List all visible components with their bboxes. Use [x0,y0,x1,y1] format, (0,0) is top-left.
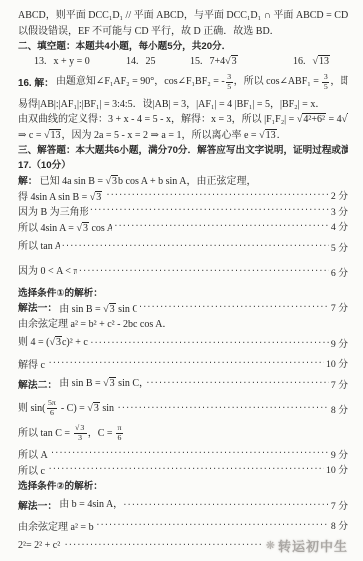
dot-leader: ········································… [65,540,263,551]
dot-leader: ········································… [106,190,328,201]
doc-line: 所以 c = 2．·······························… [18,462,348,478]
dot-leader: ········································… [90,338,328,349]
watermark-logo-icon: ❋ [266,539,276,552]
doc-line: 得 4sin A sin B = √3 sin B cos A + sin B … [18,188,348,204]
line-prefix: 解法一： [18,498,57,512]
line-text: 由 sin B = √3 sin C，又因为 A = π6，所以 B = 5π6… [59,374,144,393]
sqrt-expression: √3 [225,55,238,67]
dot-leader: ········································… [49,464,324,475]
doc-line: 所以 tan A = √33，·························… [18,234,348,259]
sqrt-expression: √13 [342,113,348,125]
dot-leader: ········································… [79,266,329,277]
line-text: 解得 c = 2． [18,356,47,371]
answer-item: 14.25 [126,56,190,67]
line-text: 二、填空题：本题共4小题，每小题5分，共20分． [18,38,231,52]
score-label: 2 分 [331,188,348,202]
sqrt-expression: √13 [259,129,277,141]
line-prefix: 解： [18,173,38,187]
doc-line: 由余弦定理 a² = b² + c² - 2bc cos A． [18,315,348,331]
doc-line: 以假设错误，EF 不可能与 CD 平行，故 D 正确．故选 BD． [18,22,348,38]
doc-line: 因为 0 < A < π，所以 A = π6··················… [18,259,348,284]
doc-line: 所以 A = C，·······························… [18,446,348,462]
watermark: ❋转运初中生 [266,536,348,555]
dot-leader: ········································… [90,205,329,216]
line-text: 则 4 = (√3c)² + c² - 2·√3c·c·(√32)， [18,333,88,352]
dot-leader: ········································… [146,378,329,389]
doc-line: 解得 c = 2．·······························… [18,356,348,372]
answer-number: 16. [293,56,306,67]
answer-number: 14. [126,56,139,67]
watermark-text: 转运初中生 [278,536,348,555]
fraction: 5π6 [47,399,58,418]
score-label: 6 分 [331,265,348,279]
score-label: 5 分 [331,240,348,254]
answer-number: 15. [190,56,203,67]
doc-line: 解：已知 4a sin B = √3b cos A + b sin A，由正弦定… [18,172,348,188]
dot-leader: ········································… [123,500,328,511]
line-text: 因为 0 < A < π，所以 A = π6 [18,262,77,281]
line-text: 所以 A = C， [18,446,49,461]
answer-value: x + y = 0 [54,56,90,67]
score-label: 8 分 [331,518,348,532]
line-text: 以假设错误，EF 不可能与 CD 平行，故 D 正确．故选 BD． [18,22,280,37]
document-page: ABCD，则平面 DCC₁D₁ // 平面 ABCD，与平面 DCC₁D₁ ∩ … [0,0,363,561]
line-text: ⇒ c = √13，因为 2a = 5 - x = 2 ⇒ a = 1，所以离心… [18,126,287,141]
line-text: 由 sin B = √3 sin C 及正弦定理，可得 b = √3c， [59,300,137,315]
answer-value: √13 [313,56,331,67]
score-label: 3 分 [331,204,348,218]
line-prefix: 16. 解： [18,75,54,89]
line-prefix: 解法一： [18,300,57,314]
line-text: 由 b = 4sin A，可得 b = 4sinπ6 = 2． [59,495,121,514]
line-text: 易得|AB|:|AF₁|:|BF₁| = 3:4:5．设|AB| = 3，|AF… [18,95,325,110]
line-text: 因为 B 为三角形内角，sin B ≠ 0， [18,203,88,218]
answer-item: 15.7+4√3 [190,56,293,67]
score-label: 9 分 [331,447,348,461]
line-text: 所以 4sin A = √3 cos A + sin A，即 3sin A = … [18,219,112,234]
sqrt-expression: √3 [49,336,62,348]
dot-leader: ········································… [49,358,324,369]
answer-value: 25 [146,56,156,67]
sqrt-expression: √3 [75,424,85,432]
answers-row: 13.x + y = 014.2515.7+4√316.√13 [18,53,348,70]
score-label: 7 分 [331,498,348,512]
doc-line: 选择条件②的解析： [18,477,348,493]
line-text: 选择条件②的解析： [18,478,103,492]
line-text: 已知 4a sin B = √3b cos A + b sin A，由正弦定理， [40,172,257,187]
dot-leader: ········································… [62,241,329,252]
line-text: 2²= 2² + c² - 2×2×c×cosπ6， [18,536,63,555]
line-text: 选择条件①的解析： [18,285,103,299]
doc-line: ABCD，则平面 DCC₁D₁ // 平面 ABCD，与平面 DCC₁D₁ ∩ … [18,6,348,22]
doc-line: 所以 4sin A = √3 cos A + sin A，即 3sin A = … [18,219,348,235]
lines-container: ABCD，则平面 DCC₁D₁ // 平面 ABCD，与平面 DCC₁D₁ ∩ … [18,6,348,558]
doc-line: 所以 tan C = √33，C = π6 [18,421,348,446]
line-text: 所以 tan A = √33， [18,237,60,256]
line-text: 由余弦定理 a² = b² + c² - 2bc cos A． [18,315,172,330]
answer-item: 13.x + y = 0 [34,56,126,67]
doc-line: ⇒ c = √13，因为 2a = 5 - x = 2 ⇒ a = 1，所以离心… [18,126,348,142]
answer-number: 13. [34,56,47,67]
dot-leader: ········································… [139,302,329,313]
sqrt-expression: √13 [44,129,62,141]
sqrt-expression: √3 [103,303,116,315]
doc-line: 因为 B 为三角形内角，sin B ≠ 0，··················… [18,203,348,219]
sqrt-expression: √3 [76,222,89,234]
sqrt-expression: √3 [87,402,100,414]
answer-value: 7+4√3 [210,56,238,67]
score-label: 10 分 [326,356,348,370]
score-label: 10 分 [326,462,348,476]
doc-line: 由双曲线的定义得：3 + x - 4 = 5 - x，解得：x = 3，所以 |… [18,110,348,126]
doc-line: 解法一：由 b = 4sin A，可得 b = 4sinπ6 = 2．·····… [18,493,348,518]
sqrt-expression: √3 [103,377,116,389]
score-label: 7 分 [331,377,348,391]
line-text: 三、解答题：本大题共6小题，满分70分．解答应写出文字说明，证明过程或演算步骤． [18,142,348,156]
fraction: 35 [226,73,233,92]
doc-line: 选择条件①的解析： [18,284,348,300]
line-text: 由余弦定理 a² = b² + c² - 2bc cos A 得． [18,518,94,533]
score-label: 4 分 [331,219,348,233]
doc-line: 则 sin(5π6 - C) = √3 sin C，展开得，cos C = √3… [18,396,348,421]
line-text: 由题意知∠F₁AF₂ = 90°，cos∠F₁BF₂ = -35，所以 cos∠… [56,72,348,91]
fraction: 35 [322,73,329,92]
line-prefix: 解法二： [18,377,57,391]
line-text: 所以 c = 2． [18,462,47,477]
doc-line: 易得|AB|:|AF₁|:|BF₁| = 3:4:5．设|AB| = 3，|AF… [18,95,348,111]
dot-leader: ········································… [118,403,329,414]
line-text: 得 4sin A sin B = √3 sin B cos A + sin B … [18,188,104,203]
score-label: 8 分 [331,402,348,416]
score-label: 9 分 [331,336,348,350]
sqrt-expression: √3 [106,175,119,187]
line-text: 由双曲线的定义得：3 + x - 4 = 5 - x，解得：x = 3，所以 |… [18,110,348,125]
doc-line: 17.（10分） [18,157,348,173]
sqrt-expression: √4²+6² [297,113,326,125]
line-text: 所以 tan C = √33，C = π6 [18,424,124,443]
doc-line: 则 4 = (√3c)² + c² - 2·√3c·c·(√32)，······… [18,331,348,356]
line-text: 17.（10分） [18,157,71,171]
score-label: 7 分 [331,300,348,314]
doc-line: 三、解答题：本大题共6小题，满分70分．解答应写出文字说明，证明过程或演算步骤． [18,141,348,157]
sqrt-expression: √3 [90,191,103,203]
line-text: ABCD，则平面 DCC₁D₁ // 平面 ABCD，与平面 DCC₁D₁ ∩ … [18,6,348,21]
doc-line: 解法二：由 sin B = √3 sin C，又因为 A = π6，所以 B =… [18,371,348,396]
sqrt-expression: √13 [313,55,331,67]
doc-line: 由余弦定理 a² = b² + c² - 2bc cos A 得．·······… [18,518,348,534]
dot-leader: ········································… [51,448,329,459]
doc-line: 解法一：由 sin B = √3 sin C 及正弦定理，可得 b = √3c，… [18,300,348,316]
doc-line: 2²= 2² + c² - 2×2×c×cosπ6，··············… [18,533,348,558]
fraction: √33 [74,424,87,443]
dot-leader: ········································… [96,520,328,531]
doc-line: 二、填空题：本题共4小题，每小题5分，共20分． [18,37,348,53]
line-text: 则 sin(5π6 - C) = √3 sin C，展开得，cos C = √3… [18,399,116,418]
doc-line: 16. 解：由题意知∠F₁AF₂ = 90°，cos∠F₁BF₂ = -35，所… [18,70,348,95]
answer-item: 16.√13 [293,56,348,67]
fraction: π6 [116,424,123,443]
dot-leader: ········································… [114,221,328,232]
